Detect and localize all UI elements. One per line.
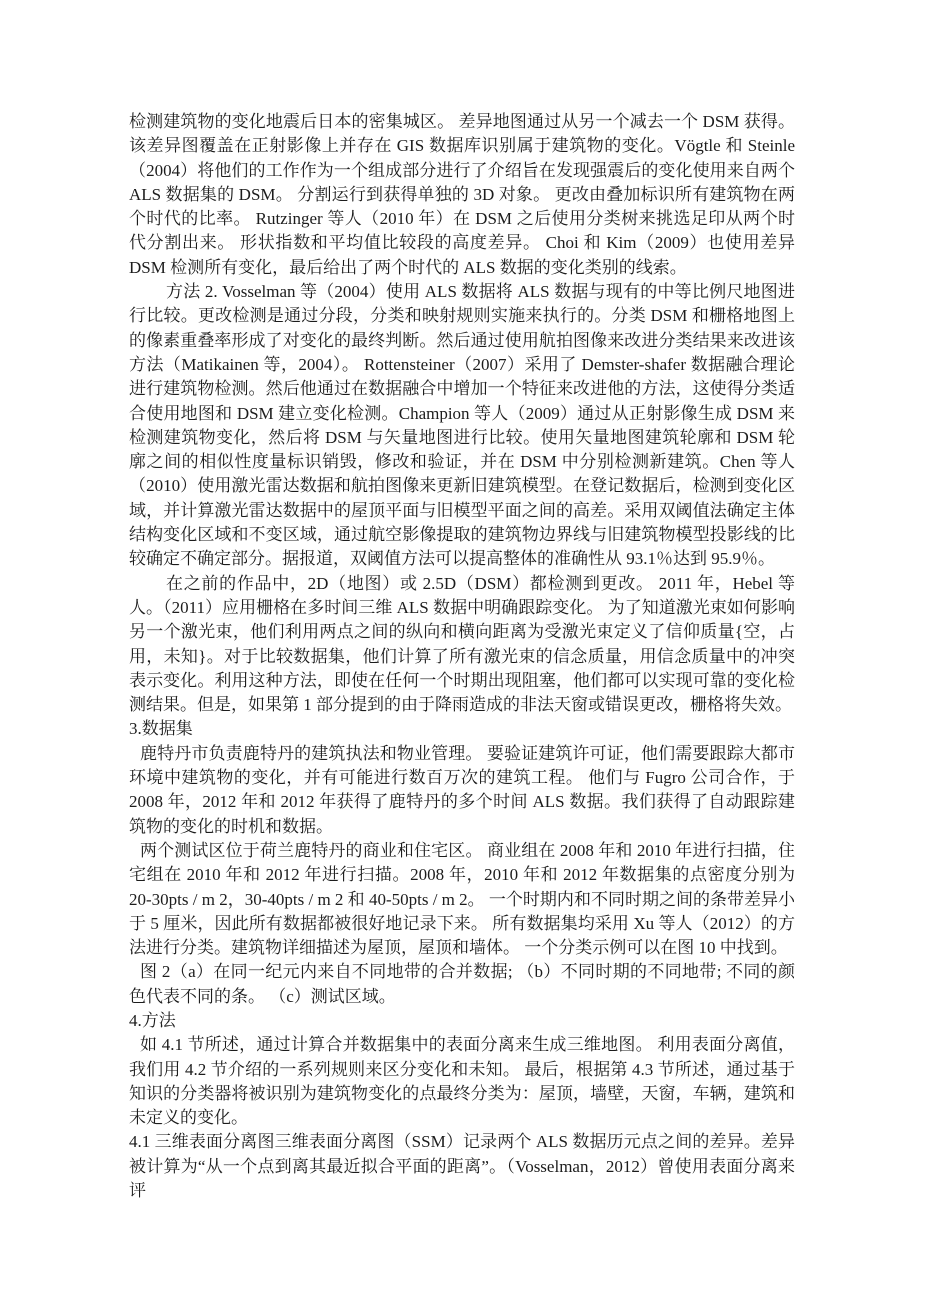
paragraph-previous-works: 在之前的作品中，2D（地图）或 2.5D（DSM）都检测到更改。 2011 年，…	[129, 572, 795, 718]
heading-section-3-datasets: 3.数据集	[129, 717, 795, 741]
paragraph-figure2-caption: 图 2（a）在同一纪元内来自不同地带的合并数据; （b）不同时期的不同地带; 不…	[129, 960, 795, 1009]
paragraph-related-work-continuation: 检测建筑物的变化地震后日本的密集城区。 差异地图通过从另一个减去一个 DSM 获…	[129, 110, 795, 280]
paragraph-method-2: 方法 2. Vosselman 等（2004）使用 ALS 数据将 ALS 数据…	[129, 280, 795, 572]
document-page: 检测建筑物的变化地震后日本的密集城区。 差异地图通过从另一个减去一个 DSM 获…	[0, 0, 926, 1309]
paragraph-method-overview: 如 4.1 节所述，通过计算合并数据集中的表面分离来生成三维地图。 利用表面分离…	[129, 1033, 795, 1130]
paragraph-test-areas: 两个测试区位于荷兰鹿特丹的商业和住宅区。 商业组在 2008 年和 2010 年…	[129, 839, 795, 960]
paragraph-rotterdam: 鹿特丹市负责鹿特丹的建筑执法和物业管理。 要验证建筑许可证，他们需要跟踪大都市环…	[129, 742, 795, 839]
paragraph-ssm: 4.1 三维表面分离图三维表面分离图（SSM）记录两个 ALS 数据历元点之间的…	[129, 1130, 795, 1203]
heading-section-4-methods: 4.方法	[129, 1009, 795, 1033]
